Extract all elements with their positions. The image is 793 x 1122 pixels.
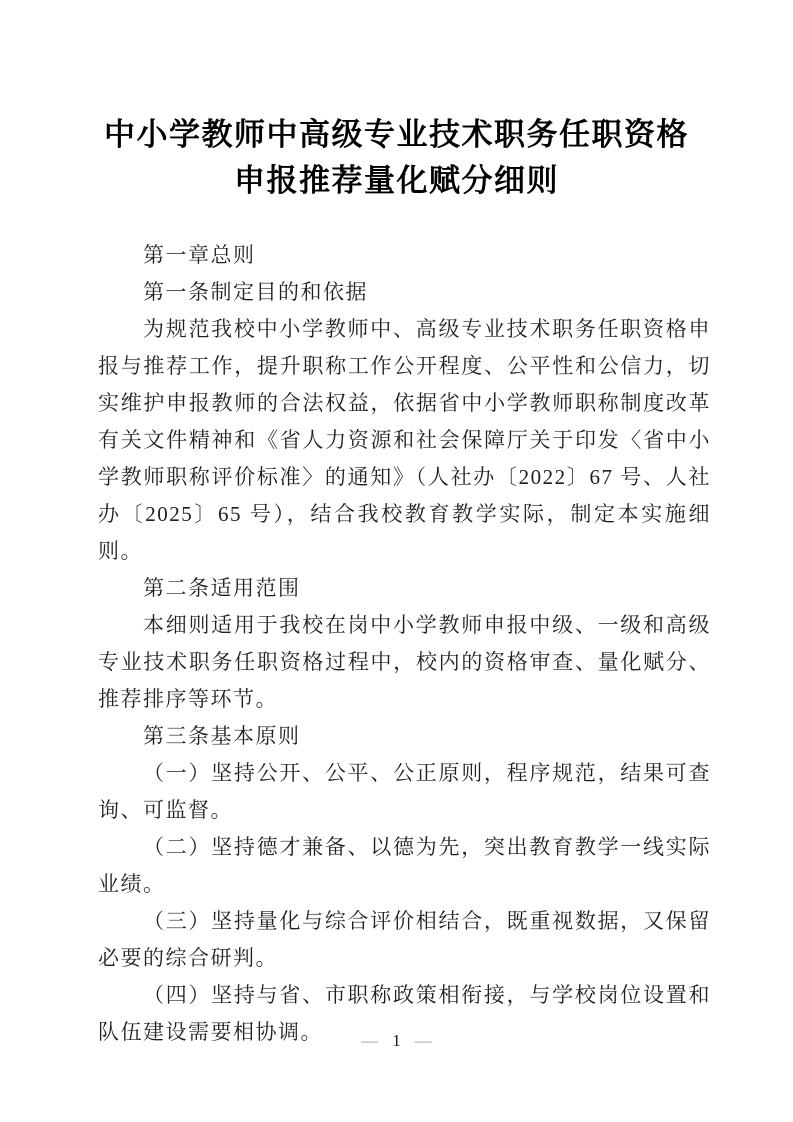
paragraph: （三）坚持量化与综合评价相结合，既重视数据，又保留必要的综合研判。 [98, 903, 711, 977]
paragraph: （一）坚持公开、公平、公正原则，程序规范，结果可查询、可监督。 [98, 755, 711, 829]
title-line-1: 中小学教师中高级专业技术职务任职资格 [0, 112, 793, 158]
paragraph: （二）坚持德才兼备、以德为先，突出教育教学一线实际业绩。 [98, 829, 711, 903]
paragraph: 第二条适用范围 [98, 570, 711, 607]
document-body: 第一章总则第一条制定目的和依据为规范我校中小学教师中、高级专业技术职务任职资格申… [98, 237, 711, 1051]
page-footer: —1— [0, 1030, 793, 1052]
page-number: 1 [392, 1030, 401, 1052]
title-line-2: 申报推荐量化赋分细则 [0, 158, 793, 204]
footer-dash-right: — [415, 1031, 432, 1050]
paragraph: 为规范我校中小学教师中、高级专业技术职务任职资格申报与推荐工作，提升职称工作公开… [98, 311, 711, 570]
footer-dash-left: — [361, 1031, 378, 1050]
paragraph: 第一章总则 [98, 237, 711, 274]
document-title: 中小学教师中高级专业技术职务任职资格 申报推荐量化赋分细则 [0, 112, 793, 204]
paragraph: 第三条基本原则 [98, 718, 711, 755]
paragraph: 第一条制定目的和依据 [98, 274, 711, 311]
paragraph: 本细则适用于我校在岗中小学教师申报中级、一级和高级专业技术职务任职资格过程中，校… [98, 607, 711, 718]
document-page: 中小学教师中高级专业技术职务任职资格 申报推荐量化赋分细则 第一章总则第一条制定… [0, 0, 793, 1122]
